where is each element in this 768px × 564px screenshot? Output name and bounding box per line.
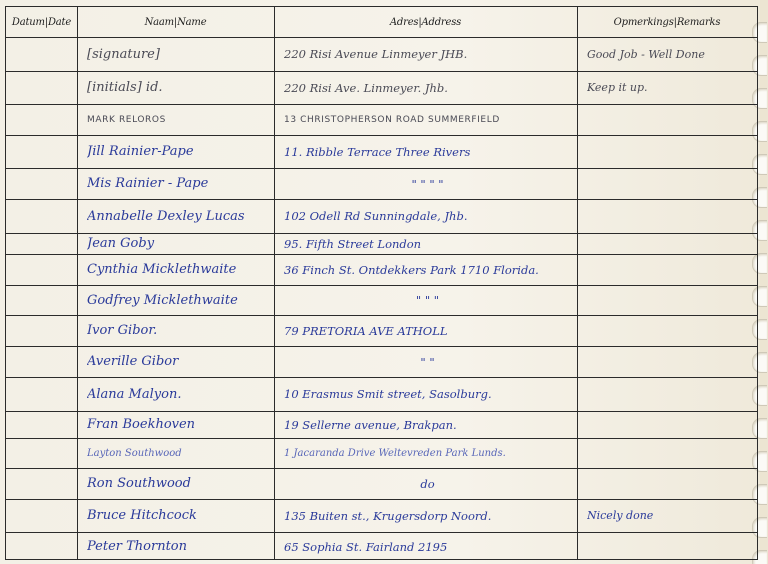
register-page: Datum|Date Naam|Name Adres|Address Opmer… — [0, 0, 768, 564]
entry-name: [signature] — [87, 37, 268, 71]
entry-name: Averille Gibor — [87, 346, 268, 377]
header-address: Adres|Address — [274, 7, 577, 37]
entry-name: MARK RELOROS — [87, 104, 268, 135]
entry-date — [16, 468, 71, 499]
entry-date — [16, 168, 71, 199]
entry-date — [16, 71, 71, 104]
entry-address: 1 Jacaranda Drive Weltevreden Park Lunds… — [284, 438, 571, 468]
entry-name: Annabelle Dexley Lucas — [87, 199, 268, 233]
entry-remarks: Keep it up. — [587, 71, 751, 104]
entry-address: " " " — [284, 285, 571, 315]
entry-address: do — [284, 468, 571, 499]
entry-address: 65 Sophia St. Fairland 2195 — [284, 532, 571, 561]
column-divider — [274, 7, 275, 559]
entry-name: Godfrey Micklethwaite — [87, 285, 268, 315]
column-divider — [77, 7, 78, 559]
entry-date — [16, 285, 71, 315]
entry-name: Ron Southwood — [87, 468, 268, 499]
entry-name: Fran Boekhoven — [87, 411, 268, 438]
entry-address: 220 Risi Avenue Linmeyer JHB. — [284, 37, 571, 71]
entry-address: 13 CHRISTOPHERSON ROAD SUMMERFIELD — [284, 104, 571, 135]
header-date: Datum|Date — [6, 7, 77, 37]
entry-date — [16, 199, 71, 233]
entry-address: 95. Fifth Street London — [284, 233, 571, 254]
entry-date — [16, 499, 71, 532]
entry-address: " " — [284, 346, 571, 377]
entry-name: Bruce Hitchcock — [87, 499, 268, 532]
entry-date — [16, 438, 71, 468]
entry-date — [16, 411, 71, 438]
entry-address: 220 Risi Ave. Linmeyer. Jhb. — [284, 71, 571, 104]
entry-remarks: Good Job - Well Done — [587, 37, 751, 71]
entry-name: Layton Southwood — [87, 438, 268, 468]
binder-edge — [760, 0, 768, 564]
column-divider — [577, 7, 578, 559]
entry-address: " " " " — [284, 168, 571, 199]
entry-date — [16, 104, 71, 135]
entry-name: Alana Malyon. — [87, 377, 268, 411]
entry-date — [16, 254, 71, 285]
entry-name: [initials] id. — [87, 71, 268, 104]
entry-name: Ivor Gibor. — [87, 315, 268, 346]
entry-name: Mis Rainier - Pape — [87, 168, 268, 199]
entry-address: 36 Finch St. Ontdekkers Park 1710 Florid… — [284, 254, 571, 285]
entry-date — [16, 532, 71, 561]
entry-date — [16, 346, 71, 377]
entry-address: 11. Ribble Terrace Three Rivers — [284, 135, 571, 168]
entry-date — [16, 377, 71, 411]
entry-name: Jill Rainier-Pape — [87, 135, 268, 168]
entry-date — [16, 315, 71, 346]
entry-address: 135 Buiten st., Krugersdorp Noord. — [284, 499, 571, 532]
entry-address: 102 Odell Rd Sunningdale, Jhb. — [284, 199, 571, 233]
header-name: Naam|Name — [77, 7, 274, 37]
entry-name: Cynthia Micklethwaite — [87, 254, 268, 285]
entry-date — [16, 233, 71, 254]
entry-name: Jean Goby — [87, 233, 268, 254]
entry-remarks: Nicely done — [587, 499, 751, 532]
entry-address: 10 Erasmus Smit street, Sasolburg. — [284, 377, 571, 411]
entry-name: Peter Thornton — [87, 532, 268, 561]
register-table: Datum|Date Naam|Name Adres|Address Opmer… — [5, 6, 758, 560]
entry-address: 19 Sellerne avenue, Brakpan. — [284, 411, 571, 438]
entry-date — [16, 37, 71, 71]
header-remarks: Opmerkings|Remarks — [577, 7, 757, 37]
entry-date — [16, 135, 71, 168]
entry-address: 79 PRETORIA AVE ATHOLL — [284, 315, 571, 346]
